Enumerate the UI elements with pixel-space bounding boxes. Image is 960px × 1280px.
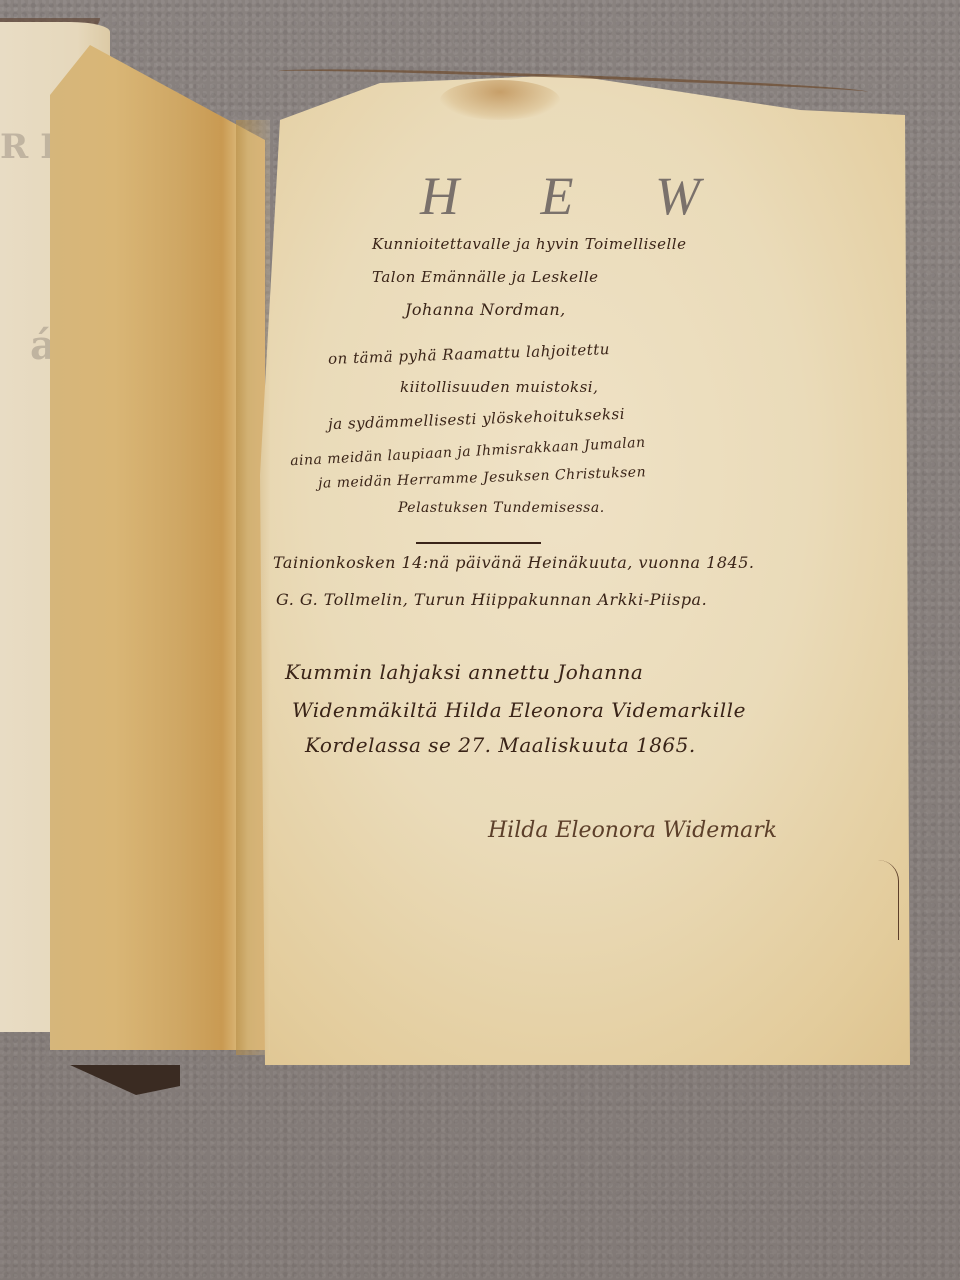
second-inscription-line: Kummin lahjaksi annettu Johanna bbox=[285, 660, 643, 684]
dedication-line: ja meidän Herramme Jesuksen Christuksen bbox=[318, 464, 647, 491]
dedication-line: ja sydämmellisesti ylöskehoitukseksi bbox=[328, 405, 626, 433]
signature-flourish bbox=[878, 860, 899, 940]
signature: Hilda Eleonora Widemark bbox=[488, 818, 777, 843]
pencil-monogram: H E W bbox=[420, 165, 734, 227]
date-line: Tainionkosken 14:nä päivänä Heinäkuuta, … bbox=[273, 553, 754, 572]
handwritten-inscription: H E W Kunnioitettavalle ja hyvin Toimell… bbox=[0, 0, 960, 1280]
dedication-line: kiitollisuuden muistoksi, bbox=[400, 378, 598, 396]
signer-line: G. G. Tollmelin, Turun Hiippakunnan Arkk… bbox=[276, 590, 707, 609]
dedication-line: Pelastuksen Tundemisessa. bbox=[398, 500, 605, 516]
dedication-line: on tämä pyhä Raamattu lahjoitettu bbox=[328, 340, 610, 368]
second-inscription-line: Widenmäkiltä Hilda Eleonora Videmarkille bbox=[292, 698, 746, 722]
dedication-line: Talon Emännälle ja Leskelle bbox=[372, 268, 599, 286]
divider-rule bbox=[416, 542, 541, 544]
second-inscription-line: Kordelassa se 27. Maaliskuuta 1865. bbox=[305, 733, 696, 757]
dedication-line: Kunnioitettavalle ja hyvin Toimelliselle bbox=[372, 235, 686, 253]
dedication-line: aina meidän laupiaan ja Ihmisrakkaan Jum… bbox=[290, 435, 646, 470]
dedication-line: Johanna Nordman, bbox=[405, 300, 566, 319]
